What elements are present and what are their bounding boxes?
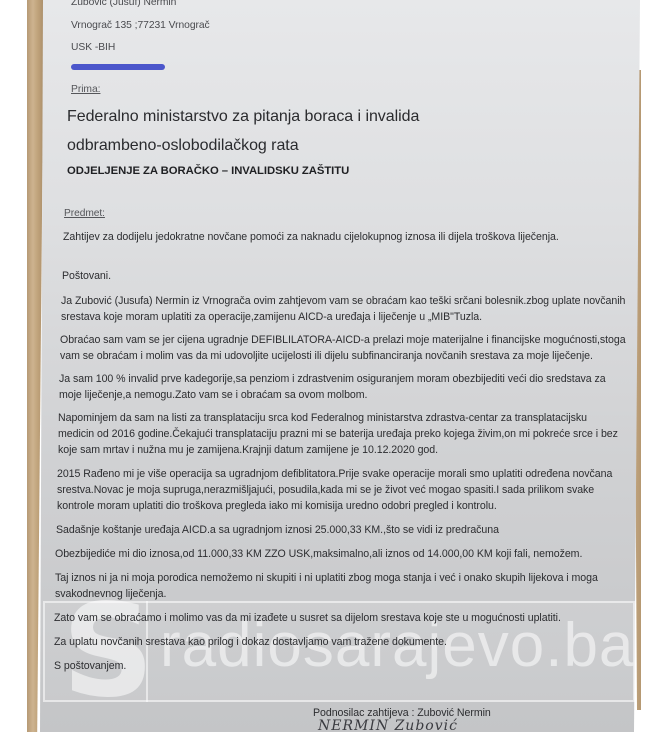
sender-region: USK -BIH xyxy=(71,39,115,56)
handwritten-signature: NERMIN Zubović xyxy=(318,718,458,732)
paragraph-1-line-1: Ja Zubović (Jusufa) Nermin iz Vrnograča … xyxy=(61,293,625,310)
paragraph-9: Zato vam se obraćamo i molimo vas da mi … xyxy=(54,610,561,627)
paragraph-2-line-2: vam se obraćam i molim vas da mi udovolj… xyxy=(60,348,593,365)
recipient-label: Prima: xyxy=(71,81,100,98)
subject-label: Predmet: xyxy=(64,205,105,222)
paragraph-5-line-2: srestva.Novac je moja supruga,nerazmišlj… xyxy=(57,482,594,499)
paragraph-1-line-2: srestava koje moram uplatiti za operacij… xyxy=(61,309,482,326)
paragraph-7: Obezbijediće mi dio iznosa,od 11.000,33 … xyxy=(55,546,582,563)
greeting: Poštovani. xyxy=(62,268,111,285)
closing: S poštovanjem. xyxy=(54,658,126,675)
recipient-department: ODJELJENJE ZA BORAČKO – INVALIDSKU ZAŠTI… xyxy=(67,163,349,180)
paragraph-5-line-1: 2015 Rađeno mi je više operacija sa ugra… xyxy=(57,466,612,483)
recipient-line-2: odbrambeno-oslobodilačkog rata xyxy=(67,137,299,154)
sender-address: Vrnograč 135 ;77231 Vrnograč xyxy=(71,17,210,34)
redacted-email xyxy=(71,64,165,70)
paragraph-10: Za uplatu novčanih srestava kao prilog i… xyxy=(54,634,447,651)
recipient-line-1: Federalno ministarstvo za pitanja boraca… xyxy=(67,108,419,125)
paragraph-3-line-2: moje liječenje,a nemogu.Zato vam se i ob… xyxy=(59,387,367,404)
paragraph-5-line-3: kontrole moram uplatiti dio troškova pre… xyxy=(57,498,497,515)
sender-name: Zubović (Jusuf) Nermin xyxy=(71,0,176,11)
paragraph-4-line-1: Napominjem da sam na listi za transplata… xyxy=(58,410,587,427)
paragraph-4-line-2: medicin od 2016 godine.Čekajući transpla… xyxy=(58,426,618,443)
paragraph-3-line-1: Ja sam 100 % invalid prve kadegorije,sa … xyxy=(59,371,606,388)
watermark-logo-icon: S xyxy=(62,588,154,716)
paragraph-6: Sadašnje koštanje uređaja AICD.a sa ugra… xyxy=(56,522,499,539)
subject-text: Zahtijev za dodijelu jedokratne novčane … xyxy=(63,229,559,246)
paragraph-2-line-1: Obraćao sam vam se jer cijena ugradnje D… xyxy=(60,332,626,349)
paragraph-4-line-3: koje sam mrtav i nužna mu je zamijena.Kr… xyxy=(58,442,438,459)
